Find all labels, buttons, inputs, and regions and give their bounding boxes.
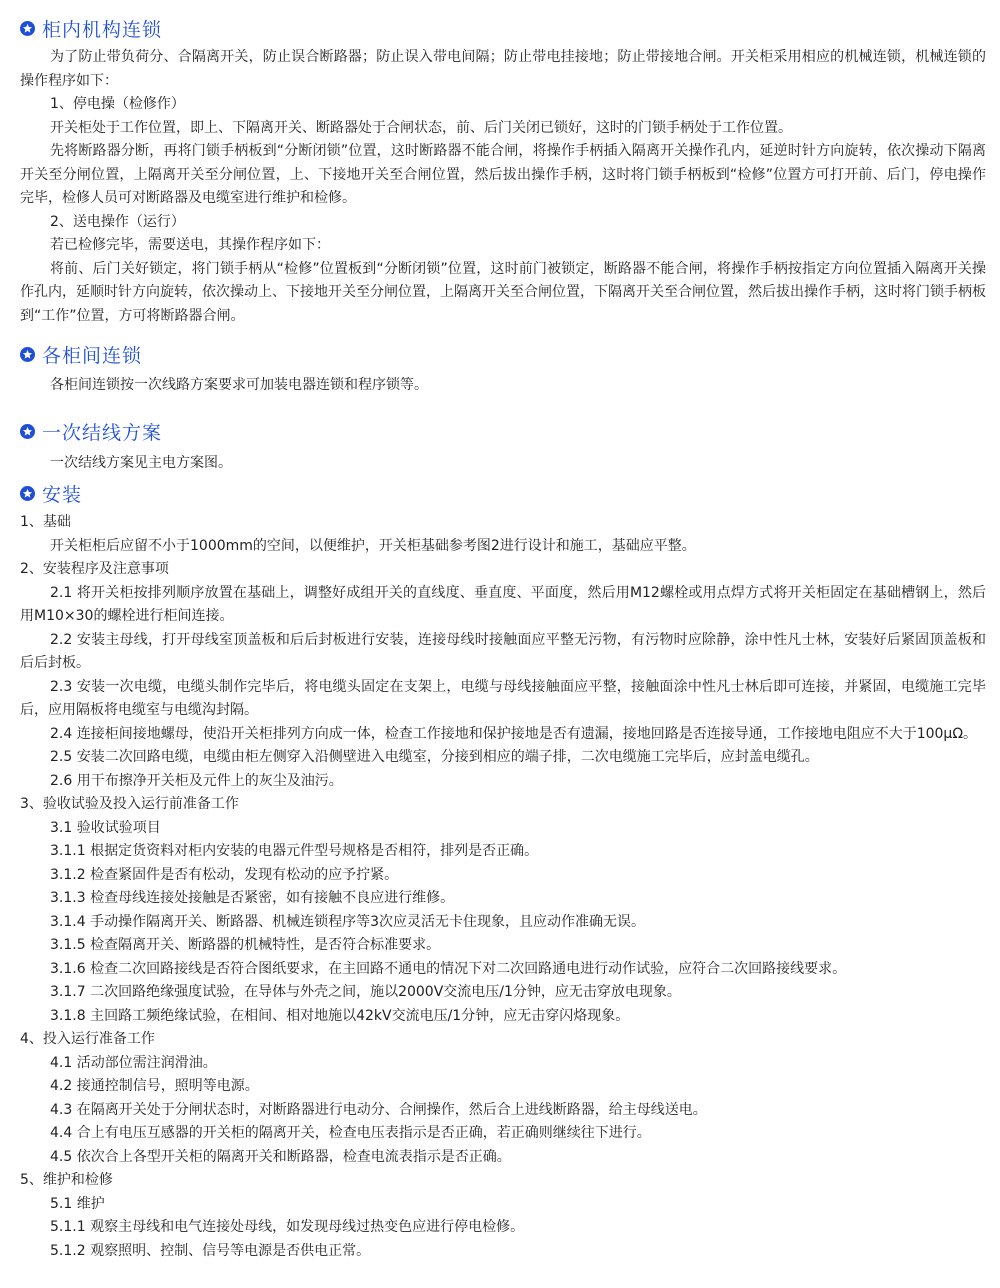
list-item: 4.5 依次合上各型开关柜的隔离开关和断路器，检查电流表指示是否正确。: [20, 1146, 986, 1170]
star-circle-icon: [20, 347, 35, 362]
star-circle-icon: [20, 486, 35, 501]
star-circle-icon: [20, 424, 35, 439]
paragraph: 2.6 用干布擦净开关柜及元件上的灰尘及油污。: [20, 770, 986, 794]
subheading: 1、基础: [20, 511, 986, 535]
paragraph: 2.4 连接柜间接地螺母，使沿开关柜排列方向成一体，检查工作接地和保护接地是否有…: [20, 723, 986, 747]
section-heading-installation: 安装: [20, 475, 986, 511]
list-item: 3.1.5 检查隔离开关、断路器的机械特性，是否符合标准要求。: [20, 934, 986, 958]
list-item: 3.1.3 检查母线连接处接触是否紧密，如有接触不良应进行维修。: [20, 887, 986, 911]
subheading: 1、停电操（检修作）: [20, 93, 986, 117]
list-item: 4.3 在隔离开关处于分闸状态时，对断路器进行电动分、合闸操作，然后合上进线断路…: [20, 1099, 986, 1123]
list-item: 3.1.4 手动操作隔离开关、断路器、机械连锁程序等3次应灵活无卡住现象，且应动…: [20, 911, 986, 935]
paragraph: 2.2 安装主母线，打开母线室顶盖板和后后封板进行安装，连接母线时接触面应平整无…: [20, 629, 986, 676]
list-item: 3.1.8 主回路工频绝缘试验，在相间、相对地施以42kV交流电压/1分钟，应无…: [20, 1005, 986, 1029]
paragraph: 为了防止带负荷分、合隔离开关，防止误合断路器；防止误入带电间隔；防止带电挂接地；…: [20, 46, 986, 93]
list-item: 3.1.7 二次回路绝缘强度试验，在导体与外壳之间，施以2000V交流电压/1分…: [20, 981, 986, 1005]
section-title: 柜内机构连锁: [42, 15, 162, 42]
list-item: 4.2 接通控制信号，照明等电源。: [20, 1075, 986, 1099]
paragraph: 一次结线方案见主电方案图。: [20, 452, 986, 476]
list-item: 5.1.2 观察照明、控制、信号等电源是否供电正常。: [20, 1240, 986, 1264]
list-item: 3.1.6 检查二次回路接线是否符合图纸要求，在主回路不通电的情况下对二次回路通…: [20, 958, 986, 982]
section-title: 一次结线方案: [42, 418, 162, 445]
list-item: 3.1.2 检查紧固件是否有松动，发现有松动的应予拧紧。: [20, 864, 986, 888]
list-item: 5.1 维护: [20, 1193, 986, 1217]
list-item: 3.1 验收试验项目: [20, 817, 986, 841]
paragraph: 若已检修完毕，需要送电，其操作程序如下：: [20, 234, 986, 258]
paragraph: 开关柜柜后应留不小于1000mm的空间，以便维护，开关柜基础参考图2进行设计和施…: [20, 535, 986, 559]
section-title: 安装: [42, 480, 82, 507]
subheading: 4、投入运行准备工作: [20, 1028, 986, 1052]
section-heading-cabinet-interlock: 柜内机构连锁: [20, 10, 986, 46]
subheading: 2、安装程序及注意事项: [20, 558, 986, 582]
subheading: 3、验收试验及投入运行前准备工作: [20, 793, 986, 817]
paragraph: 开关柜处于工作位置，即上、下隔离开关、断路器处于合闸状态，前、后门关闭已锁好，这…: [20, 117, 986, 141]
section-heading-inter-cabinet-interlock: 各柜间连锁: [20, 336, 986, 372]
paragraph: 2.1 将开关柜按排列顺序放置在基础上，调整好成组开关的直线度、垂直度、平面度，…: [20, 582, 986, 629]
list-item: 4.4 合上有电压互感器的开关柜的隔离开关，检查电压表指示是否正确，若正确则继续…: [20, 1122, 986, 1146]
paragraph: 各柜间连锁按一次线路方案要求可加装电器连锁和程序锁等。: [20, 374, 986, 398]
section-title: 各柜间连锁: [42, 341, 142, 368]
paragraph: 先将断路器分断，再将门锁手柄板到“分断闭锁”位置，这时断路器不能合闸，将操作手柄…: [20, 140, 986, 211]
paragraph: 2.3 安装一次电缆，电缆头制作完毕后，将电缆头固定在支架上，电缆与母线接触面应…: [20, 676, 986, 723]
subheading: 5、维护和检修: [20, 1169, 986, 1193]
subheading: 2、送电操作（运行）: [20, 211, 986, 235]
section-heading-primary-wiring: 一次结线方案: [20, 414, 986, 450]
document-page: 柜内机构连锁 为了防止带负荷分、合隔离开关，防止误合断路器；防止误入带电间隔；防…: [0, 10, 1000, 1263]
list-item: 4.1 活动部位需注润滑油。: [20, 1052, 986, 1076]
paragraph: 将前、后门关好锁定，将门锁手柄从“检修”位置板到“分断闭锁”位置，这时前门被锁定…: [20, 258, 986, 329]
list-item: 5.1.1 观察主母线和电气连接处母线，如发现母线过热变色应进行停电检修。: [20, 1216, 986, 1240]
star-circle-icon: [20, 21, 35, 36]
paragraph: 2.5 安装二次回路电缆，电缆由柜左侧穿入沿侧壁进入电缆室，分接到相应的端子排，…: [20, 746, 986, 770]
list-item: 3.1.1 根据定货资料对柜内安装的电器元件型号规格是否相符，排列是否正确。: [20, 840, 986, 864]
